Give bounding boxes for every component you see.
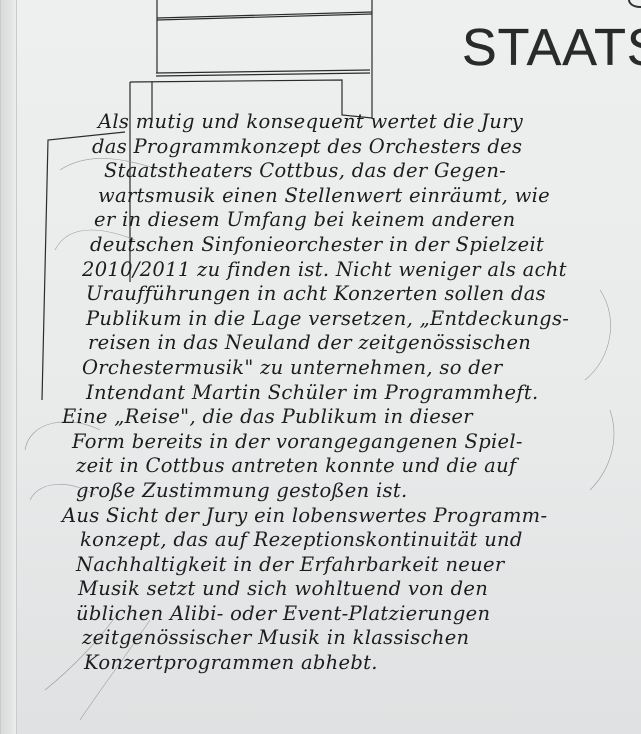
header-title-cropped-letter: [628, 0, 641, 8]
text-line: reisen in das Neuland der zeitgenössisch…: [62, 331, 640, 356]
header-title: STAATS: [462, 18, 641, 78]
text-line: deutschen Sinfonieorchester in der Spiel…: [62, 233, 640, 258]
text-line: konzept, das auf Rezeptionskontinuität u…: [62, 528, 640, 553]
text-line: 2010/2011 zu finden ist. Nicht weniger a…: [62, 258, 640, 283]
text-line: Musik setzt und sich wohltuend von den: [62, 577, 640, 602]
text-line: Form bereits in der vorangegangenen Spie…: [62, 430, 640, 455]
calligraphy-body: Als mutig und konsequent wertet die Jury…: [62, 110, 640, 676]
text-line: Uraufführungen in acht Konzerten sollen …: [62, 282, 640, 307]
text-line: Intendant Martin Schüler im Programmheft…: [62, 381, 640, 406]
text-line: üblichen Alibi- oder Event-Platzierungen: [62, 602, 640, 627]
text-line: er in diesem Umfang bei keinem anderen: [62, 208, 640, 233]
text-line: Orchestermusik" zu unternehmen, so der: [62, 356, 640, 381]
text-line: große Zustimmung gestoßen ist.: [62, 479, 640, 504]
text-line: das Programmkonzept des Orchesters des: [62, 135, 640, 160]
text-line: Staatstheaters Cottbus, das der Gegen-: [62, 159, 640, 184]
text-line: Nachhaltigkeit in der Erfahrbarkeit neue…: [62, 553, 640, 578]
text-line: zeit in Cottbus antreten konnte und die …: [62, 454, 640, 479]
text-line: Publikum in die Lage versetzen, „Entdeck…: [62, 307, 640, 332]
text-line: Konzertprogrammen abhebt.: [62, 651, 640, 676]
page-edge: [0, 0, 17, 734]
text-line: zeitgenössischer Musik in klassischen: [62, 626, 640, 651]
text-line: Als mutig und konsequent wertet die Jury: [62, 110, 640, 135]
text-line: wartsmusik einen Stellenwert einräumt, w…: [62, 184, 640, 209]
text-line: Eine „Reise", die das Publikum in dieser: [62, 405, 640, 430]
text-line: Aus Sicht der Jury ein lobenswertes Prog…: [62, 504, 640, 529]
